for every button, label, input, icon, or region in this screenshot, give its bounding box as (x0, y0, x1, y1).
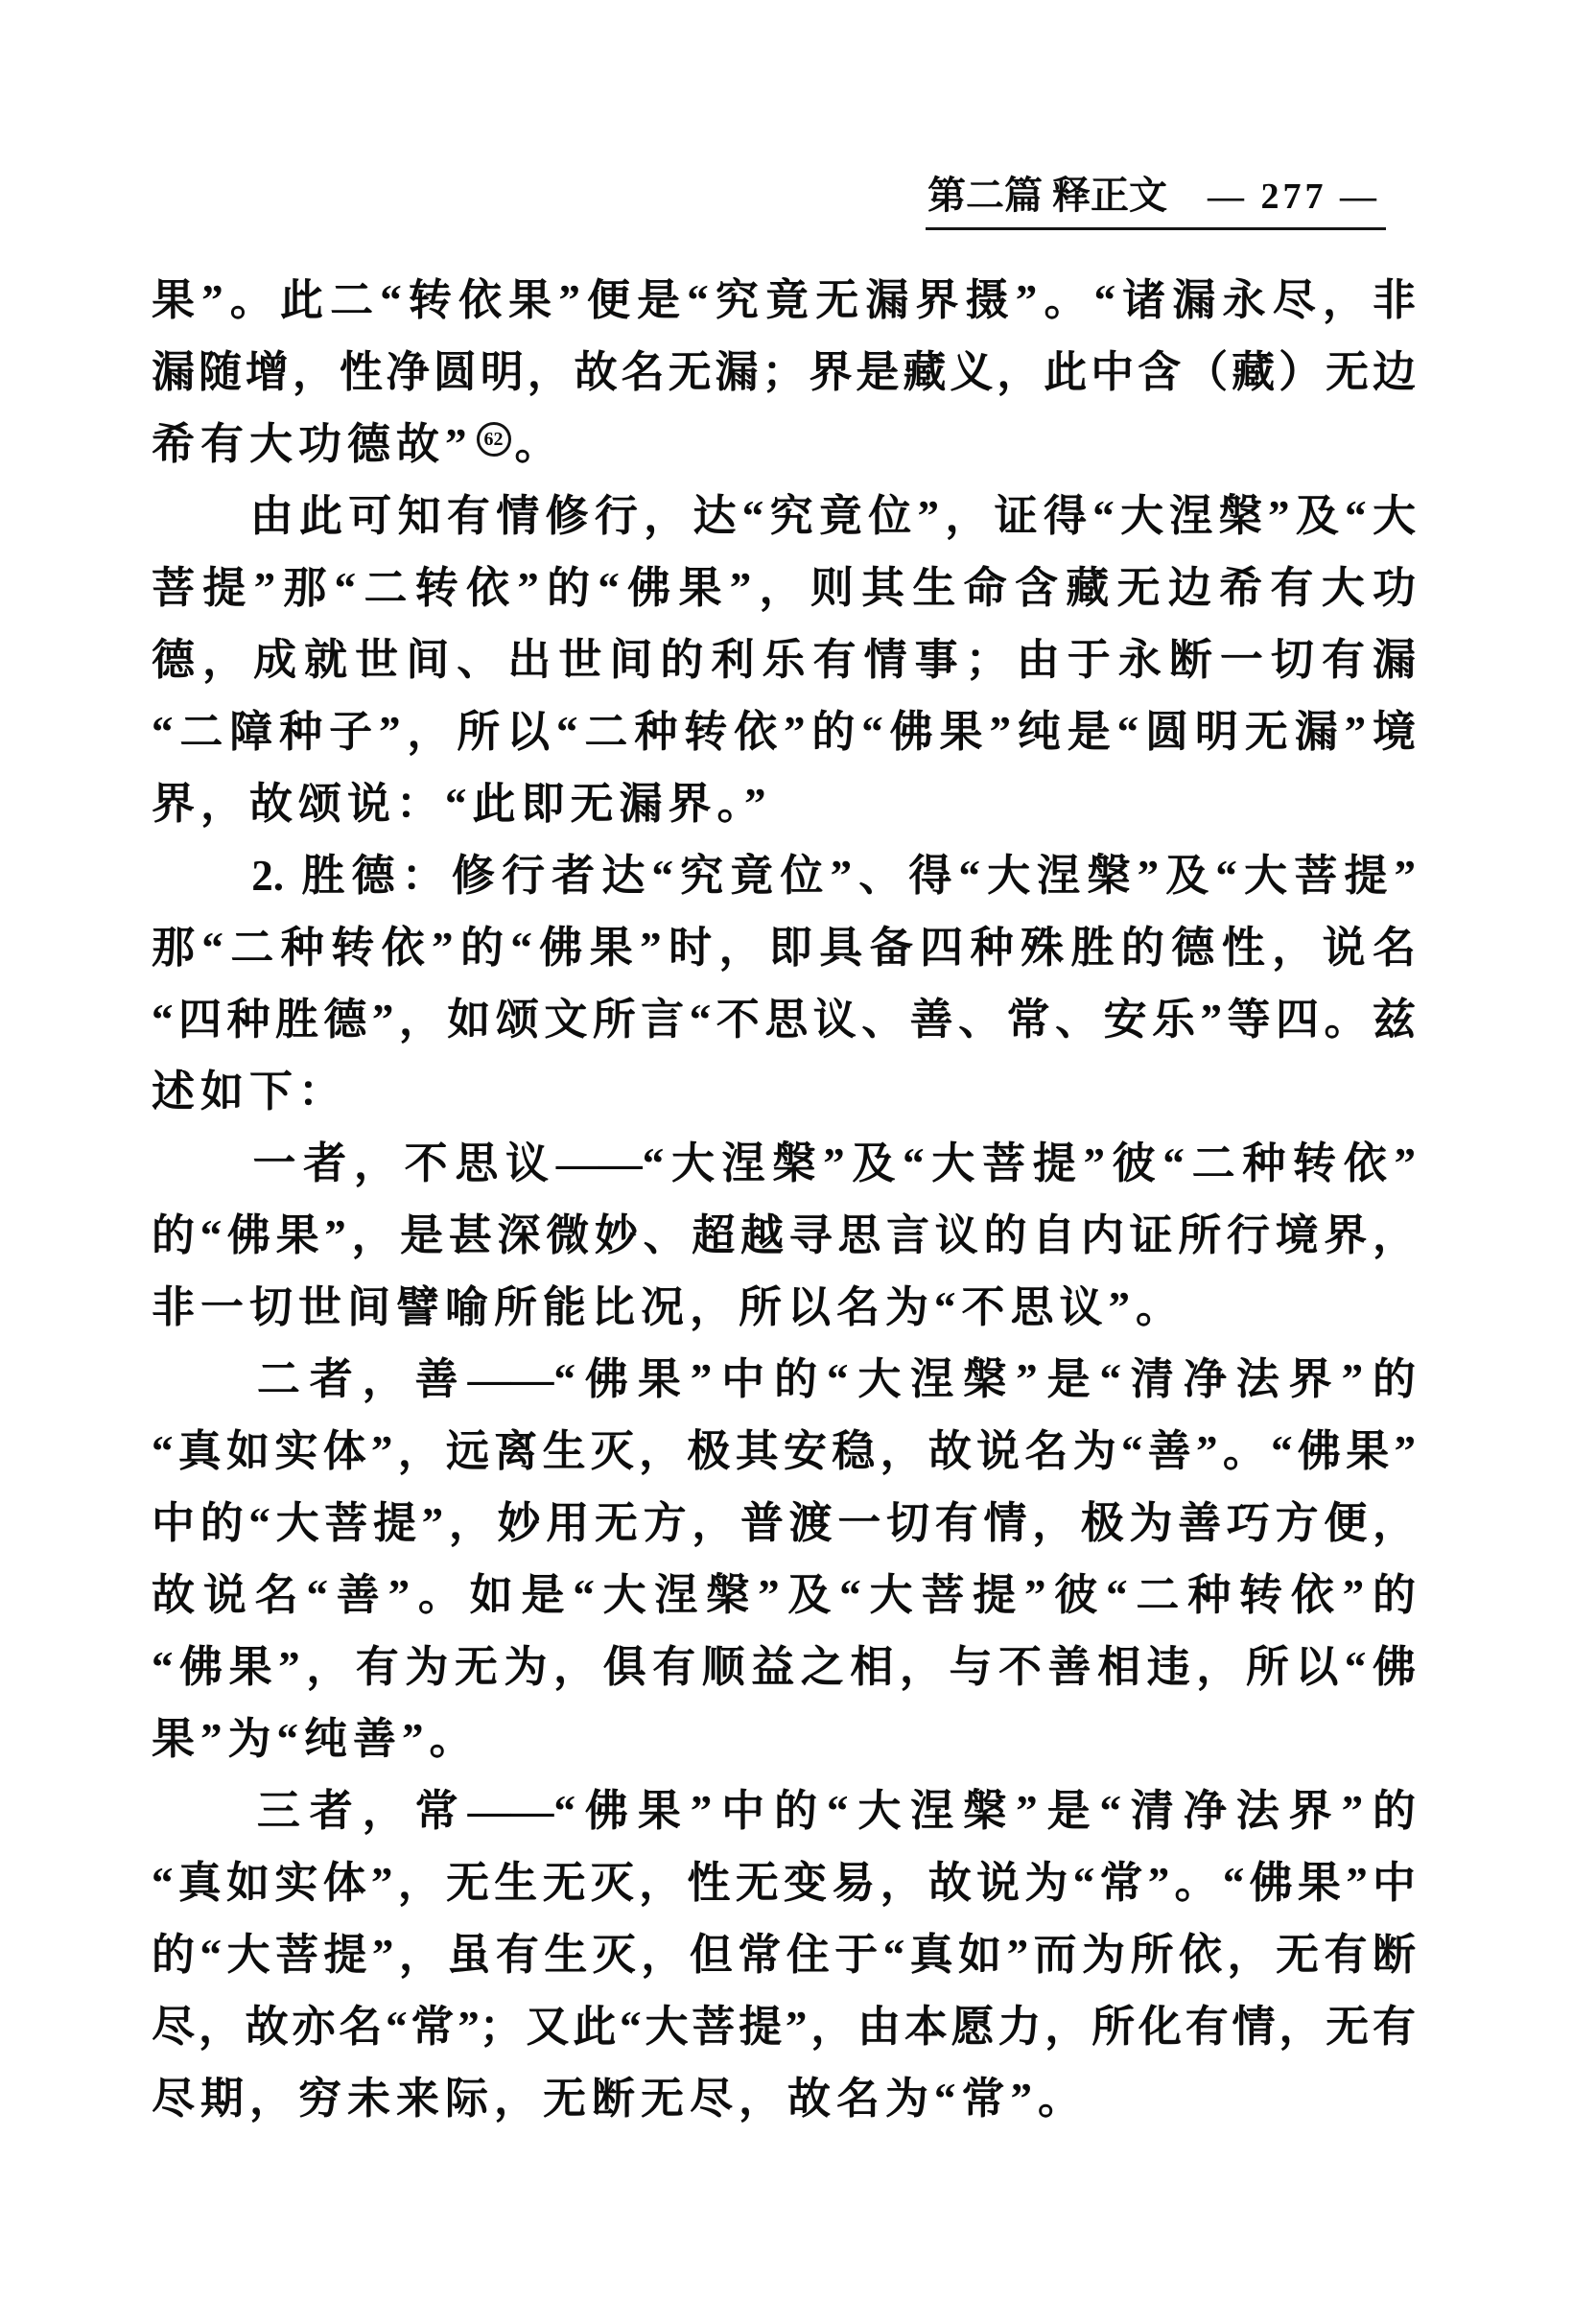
text-line: 的“佛果”，是甚深微妙、超越寻思言议的自内证所行境界， (152, 1200, 1416, 1272)
footnote-number: 62 (484, 429, 504, 450)
text-line: 三者，常——“佛果”中的“大涅槃”是“清净法界”的 (152, 1775, 1416, 1847)
text-line: 那“二种转依”的“佛果”时，即具备四种殊胜的德性，说名 (152, 912, 1416, 984)
text-line: 一者，不思议——“大涅槃”及“大菩提”彼“二种转依” (152, 1128, 1416, 1200)
text-line: 界，故颂说：“此即无漏界。” (152, 768, 1416, 840)
text-line: 述如下： (152, 1056, 1416, 1128)
text-line: “二障种子”，所以“二种转依”的“佛果”纯是“圆明无漏”境 (152, 696, 1416, 768)
text-line-with-footnote: 希有大功德故”62。 (152, 409, 1416, 481)
section-title: 第二篇 释正文 (927, 165, 1167, 220)
text-line: 果”。此二“转依果”便是“究竟无漏界摄”。“诸漏永尽，非 (152, 265, 1416, 337)
text-line: “四种胜德”，如颂文所言“不思议、善、常、安乐”等四。兹 (152, 984, 1416, 1056)
text-line: 尽，故亦名“常”；又此“大菩提”，由本愿力，所化有情，无有 (152, 1991, 1416, 2063)
text-line: 菩提”那“二转依”的“佛果”，则其生命含藏无边希有大功 (152, 552, 1416, 624)
page-header: 第二篇 释正文 — 277 — (926, 165, 1386, 230)
text-line: 尽期，穷未来际，无断无尽，故名为“常”。 (152, 2063, 1416, 2135)
text-line: 漏随增，性净圆明，故名无漏；界是藏义，此中含（藏）无边 (152, 337, 1416, 409)
text-line: 故说名“善”。如是“大涅槃”及“大菩提”彼“二种转依”的 (152, 1560, 1416, 1632)
text-line: 果”为“纯善”。 (152, 1703, 1416, 1775)
text-line: “真如实体”，远离生灭，极其安稳，故说名为“善”。“佛果” (152, 1416, 1416, 1488)
book-page: 第二篇 释正文 — 277 — 果”。此二“转依果”便是“究竟无漏界摄”。“诸漏… (0, 0, 1596, 2301)
text-line: 2. 胜德：修行者达“究竟位”、得“大涅槃”及“大菩提” (152, 840, 1416, 912)
text-line: 非一切世间譬喻所能比况，所以名为“不思议”。 (152, 1272, 1416, 1344)
text-line: 德，成就世间、出世间的利乐有情事；由于永断一切有漏 (152, 624, 1416, 696)
text-line: 由此可知有情修行，达“究竟位”，证得“大涅槃”及“大 (152, 481, 1416, 552)
text-line: 二者，善——“佛果”中的“大涅槃”是“清净法界”的 (152, 1344, 1416, 1416)
text-line: 中的“大菩提”，妙用无方，普渡一切有情，极为善巧方便， (152, 1488, 1416, 1560)
text-line: “真如实体”，无生无灭，性无变易，故说为“常”。“佛果”中 (152, 1847, 1416, 1919)
body-text: 果”。此二“转依果”便是“究竟无漏界摄”。“诸漏永尽，非 漏随增，性净圆明，故名… (152, 265, 1416, 2135)
page-number: — 277 — (1208, 176, 1380, 218)
text-line: 的“大菩提”，虽有生灭，但常住于“真如”而为所依，无有断 (152, 1919, 1416, 1991)
text-segment: 希有大功德故” (152, 420, 473, 468)
text-line: “佛果”，有为无为，俱有顺益之相，与不善相违，所以“佛 (152, 1632, 1416, 1703)
text-segment: 。 (515, 420, 564, 468)
footnote-ref: 62 (477, 422, 511, 457)
